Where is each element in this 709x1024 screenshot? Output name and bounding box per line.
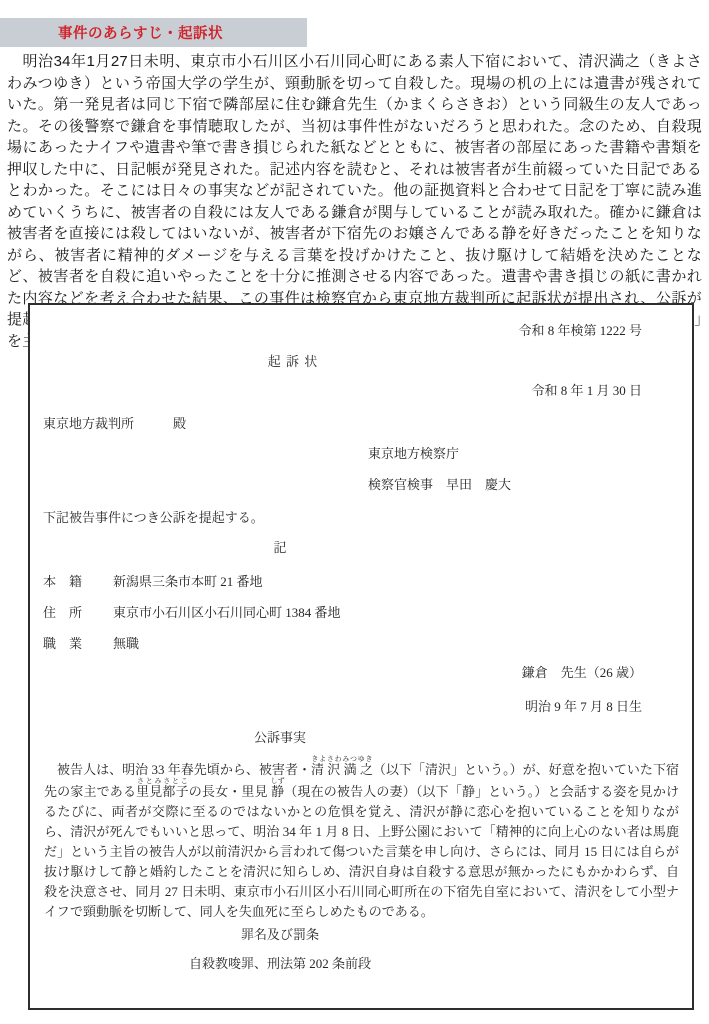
- registry-label: 職 業: [43, 637, 113, 650]
- facts-paragraph: 被告人は、明治 33 年春先頃から、被害者・清 沢 満 之きよさわみつゆき（以下…: [44, 755, 679, 922]
- registry-label: 住 所: [43, 606, 113, 619]
- filing-statement: 下記被告事件につき公訴を提起する。: [30, 511, 692, 524]
- registry-value: 東京市小石川区小石川同心町 1384 番地: [113, 605, 341, 620]
- addressed-court: 東京地方裁判所 殿: [30, 417, 692, 430]
- document-title: 起 訴 状: [30, 355, 556, 368]
- section-title: 事件のあらすじ・起訴状: [0, 22, 223, 43]
- registry-row-address: 住 所東京市小石川区小石川同心町 1384 番地: [30, 606, 692, 619]
- indictment-document: 令和 8 年検第 1222 号 起 訴 状 令和 8 年 1 月 30 日 東京…: [28, 303, 694, 1010]
- registry-label: 本 籍: [43, 575, 113, 588]
- defendant-birthdate: 明治 9 年 7 月 8 日生: [30, 700, 692, 713]
- facts-heading: 公訴事実: [30, 731, 530, 744]
- prosecutors-office: 東京地方検察庁: [30, 447, 692, 460]
- prosecutor-name: 検察官検事 早田 慶大: [30, 478, 692, 491]
- registry-value: 無職: [113, 636, 139, 651]
- page: 事件のあらすじ・起訴状 明治34年1月27日未明、東京市小石川区小石川同心町にあ…: [0, 0, 709, 1024]
- ki-label: 記: [30, 541, 530, 554]
- registry-value: 新潟県三条市本町 21 番地: [113, 574, 263, 589]
- registry-row-occupation: 職 業無職: [30, 637, 692, 650]
- charge-heading: 罪名及び罰条: [30, 928, 530, 941]
- filing-date: 令和 8 年 1 月 30 日: [30, 384, 692, 397]
- defendant-name: 鎌倉 先生（26 歳）: [30, 666, 692, 679]
- section-header: 事件のあらすじ・起訴状: [0, 18, 307, 47]
- registry-row-domicile: 本 籍新潟県三条市本町 21 番地: [30, 575, 692, 588]
- case-number: 令和 8 年検第 1222 号: [30, 324, 692, 337]
- charge-text: 自殺教唆罪、刑法第 202 条前段: [30, 957, 530, 970]
